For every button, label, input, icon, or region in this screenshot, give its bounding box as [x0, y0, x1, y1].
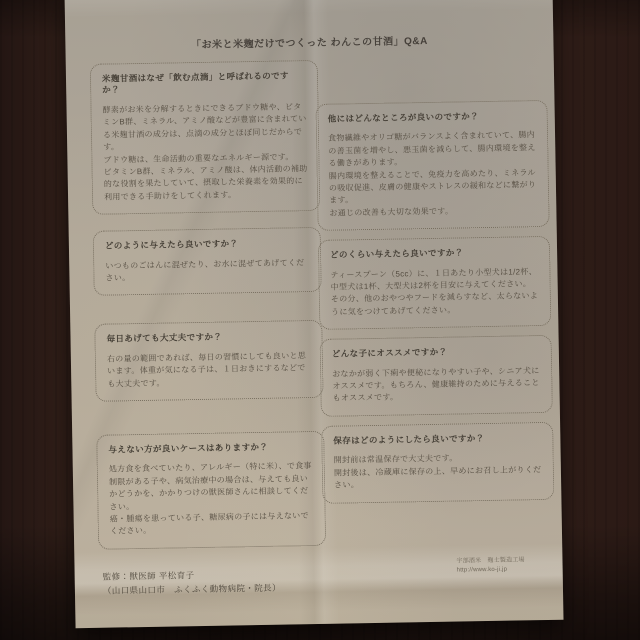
answer-text: おなかが弱く下痢や便秘になりやすい子や、シニア犬にオススメです。もちろん、健康維…	[332, 365, 541, 406]
flyer-title: 「お米と米麹だけでつくった わんこの甘酒」Q&A	[65, 30, 553, 54]
qa-column-left: 米麹甘酒はなぜ「飲む点滴」と呼ばれるのですか？ 酵素がお米を分解するときにできる…	[90, 60, 327, 599]
qa-list-right: 他にはどんなところが良いのですか？ 食物繊維やオリゴ糖がバランスよく含まれていて…	[315, 100, 554, 513]
qa-box: どんな子にオススメですか？ おなかが弱く下痢や便秘になりやすい子や、シニア犬にオ…	[320, 335, 553, 417]
qa-box: 与えない方が良いケースはありますか？ 処方食を食べていたり、アレルギー（特に米）…	[96, 431, 326, 550]
question-text: 保存はどのようにしたら良いですか？	[333, 432, 541, 447]
qa-box: 保存はどのようにしたら良いですか？ 開封前は常温保存で大丈夫です。 開封後は、冷…	[321, 422, 554, 504]
qa-column-right: 他にはどんなところが良いのですか？ 食物繊維やオリゴ糖がバランスよく含まれていて…	[315, 100, 554, 513]
question-text: 米麹甘酒はなぜ「飲む点滴」と呼ばれるのですか？	[102, 70, 306, 96]
answer-text: 右の量の範囲であれば、毎日の習慣にしても良いと思います。体重が気になる子は、１日…	[107, 350, 312, 391]
answer-text: 開封前は常温保存で大丈夫です。 開封後は、冷蔵庫に保存の上、早めにお召し上がりく…	[334, 451, 543, 492]
answer-text: 酵素がお米を分解するときにできるブドウ糖や、ビタミンB群、ミネラル、アミノ酸など…	[102, 101, 308, 204]
question-text: 他にはどんなところが良いのですか？	[328, 110, 536, 125]
qa-box: どのように与えたら良いですか？ いつものごはんに混ぜたり、お水に混ぜてあげてくだ…	[93, 227, 322, 296]
answer-text: いつものごはんに混ぜたり、お水に混ぜてあげてください。	[105, 257, 309, 285]
qa-box: どのくらい与えたら良いですか？ ティースプーン（5cc）に、１日あたり小型犬は1…	[318, 236, 552, 330]
question-text: どんな子にオススメですか？	[332, 345, 540, 360]
flyer-paper: 「お米と米麹だけでつくった わんこの甘酒」Q&A 米麹甘酒はなぜ「飲む点滴」と呼…	[64, 0, 563, 628]
question-text: どのように与えたら良いですか？	[105, 237, 309, 252]
qa-box: 毎日あげても大丈夫ですか？ 右の量の範囲であれば、毎日の習慣にしても良いと思いま…	[94, 320, 323, 402]
qa-box: 米麹甘酒はなぜ「飲む点滴」と呼ばれるのですか？ 酵素がお米を分解するときにできる…	[90, 60, 321, 215]
photo-of-flyer: 「お米と米麹だけでつくった わんこの甘酒」Q&A 米麹甘酒はなぜ「飲む点滴」と呼…	[0, 0, 640, 640]
supervisor-credit: 監修：獣医師 平松育子 （山口県山口市 ふくふく動物病院・院長）	[103, 566, 327, 599]
maker-credit: 宇部酒米 麹士製造工場 http://www.ko-ji.jp	[456, 555, 576, 575]
answer-text: 処方食を食べていたり、アレルギー（特に米）、で食事制限がある子や、病気治療中の場…	[109, 460, 314, 538]
question-text: どのくらい与えたら良いですか？	[330, 246, 538, 261]
answer-text: 食物繊維やオリゴ糖がバランスよく含まれていて、腸内の善玉菌を増やし、悪玉菌を減ら…	[328, 130, 537, 220]
answer-text: ティースプーン（5cc）に、１日あたり小型犬は1/2杯、中型犬は1杯、大型犬は2…	[330, 266, 539, 319]
question-text: 毎日あげても大丈夫ですか？	[106, 330, 310, 345]
qa-box: 他にはどんなところが良いのですか？ 食物繊維やオリゴ糖がバランスよく含まれていて…	[315, 100, 549, 231]
question-text: 与えない方が良いケースはありますか？	[108, 441, 312, 456]
qa-list-left: 米麹甘酒はなぜ「飲む点滴」と呼ばれるのですか？ 酵素がお米を分解するときにできる…	[90, 60, 327, 564]
